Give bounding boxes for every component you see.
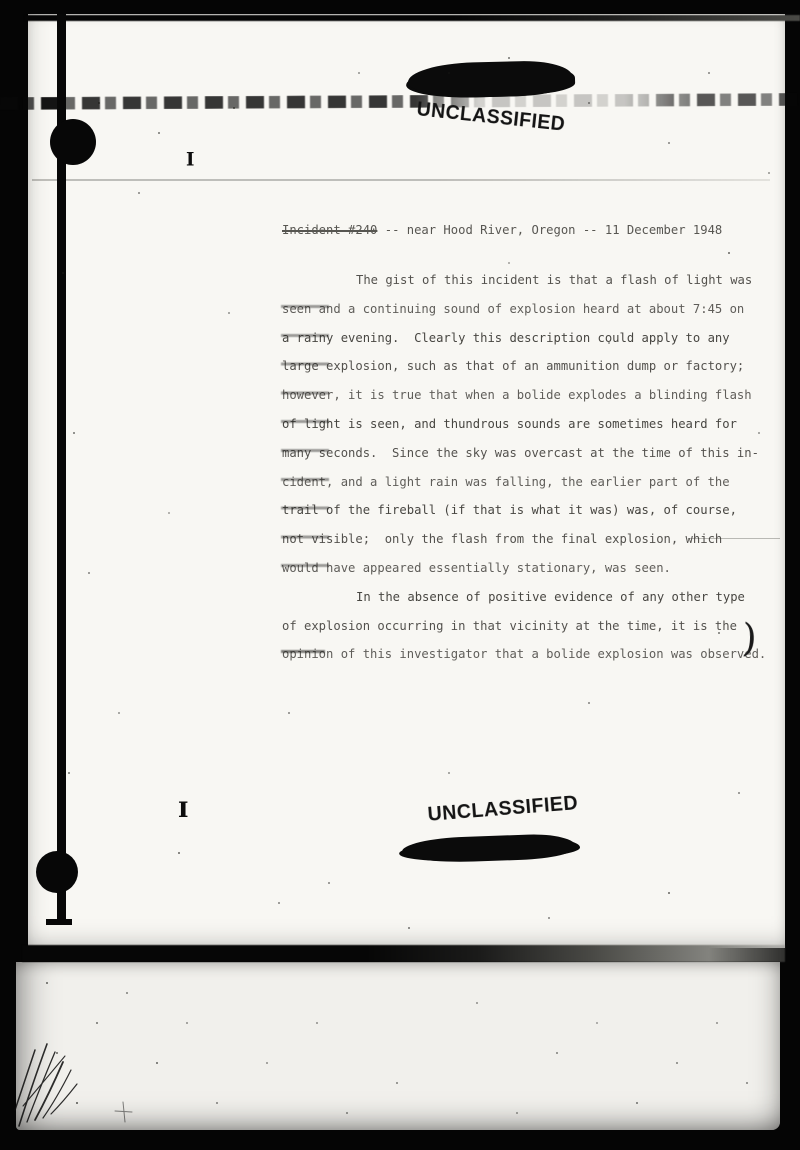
typewriter-line: not visible; only the flash from the fin… xyxy=(282,525,772,554)
incident-heading-lead: Incident #240 xyxy=(282,223,377,237)
typewriter-line: of light is seen, and thundrous sounds a… xyxy=(282,410,772,439)
typewriter-line: however, it is true that when a bolide e… xyxy=(282,381,772,410)
margin-tick-mark-top: I xyxy=(186,148,194,170)
typewriter-line: cident, and a light rain was falling, th… xyxy=(282,468,772,497)
page-bottom-shadow-band xyxy=(22,945,785,962)
handwritten-bracket-mark: ) xyxy=(741,616,758,661)
typewriter-line: seen and a continuing sound of explosion… xyxy=(282,295,772,324)
scanned-document: UNCLASSIFIED UNCLASSIFIED Incident #240 … xyxy=(0,0,800,1150)
typewriter-line: The gist of this incident is that a flas… xyxy=(282,266,772,295)
binder-rod-foot xyxy=(46,919,72,925)
typewriter-line: many seconds. Since the sky was overcast… xyxy=(282,439,772,468)
margin-tick-mark-bottom: I xyxy=(178,797,188,822)
hole-punch-bottom xyxy=(36,851,78,893)
typewritten-text-block: Incident #240 -- near Hood River, Oregon… xyxy=(282,222,772,669)
incident-heading-rest: -- near Hood River, Oregon -- 11 Decembe… xyxy=(377,223,722,237)
typewriter-line: opinion of this investigator that a boli… xyxy=(282,640,772,669)
margin-overstrike-smear xyxy=(281,650,325,653)
scratch-marks xyxy=(5,1010,140,1135)
typewriter-line: a rainy evening. Clearly this descriptio… xyxy=(282,324,772,353)
scan-top-edge xyxy=(0,0,800,14)
typewriter-line: would have appeared essentially stationa… xyxy=(282,554,772,583)
faint-fold-line xyxy=(32,179,770,181)
typewriter-line: large explosion, such as that of an ammu… xyxy=(282,352,772,381)
hole-punch-top xyxy=(50,119,96,165)
typewriter-line: of explosion occurring in that vicinity … xyxy=(282,612,772,641)
typewriter-line: In the absence of positive evidence of a… xyxy=(282,583,772,612)
scan-top-line xyxy=(24,15,800,21)
incident-heading: Incident #240 -- near Hood River, Oregon… xyxy=(282,222,772,266)
typewriter-line: trail of the fireball (if that is what i… xyxy=(282,496,772,525)
